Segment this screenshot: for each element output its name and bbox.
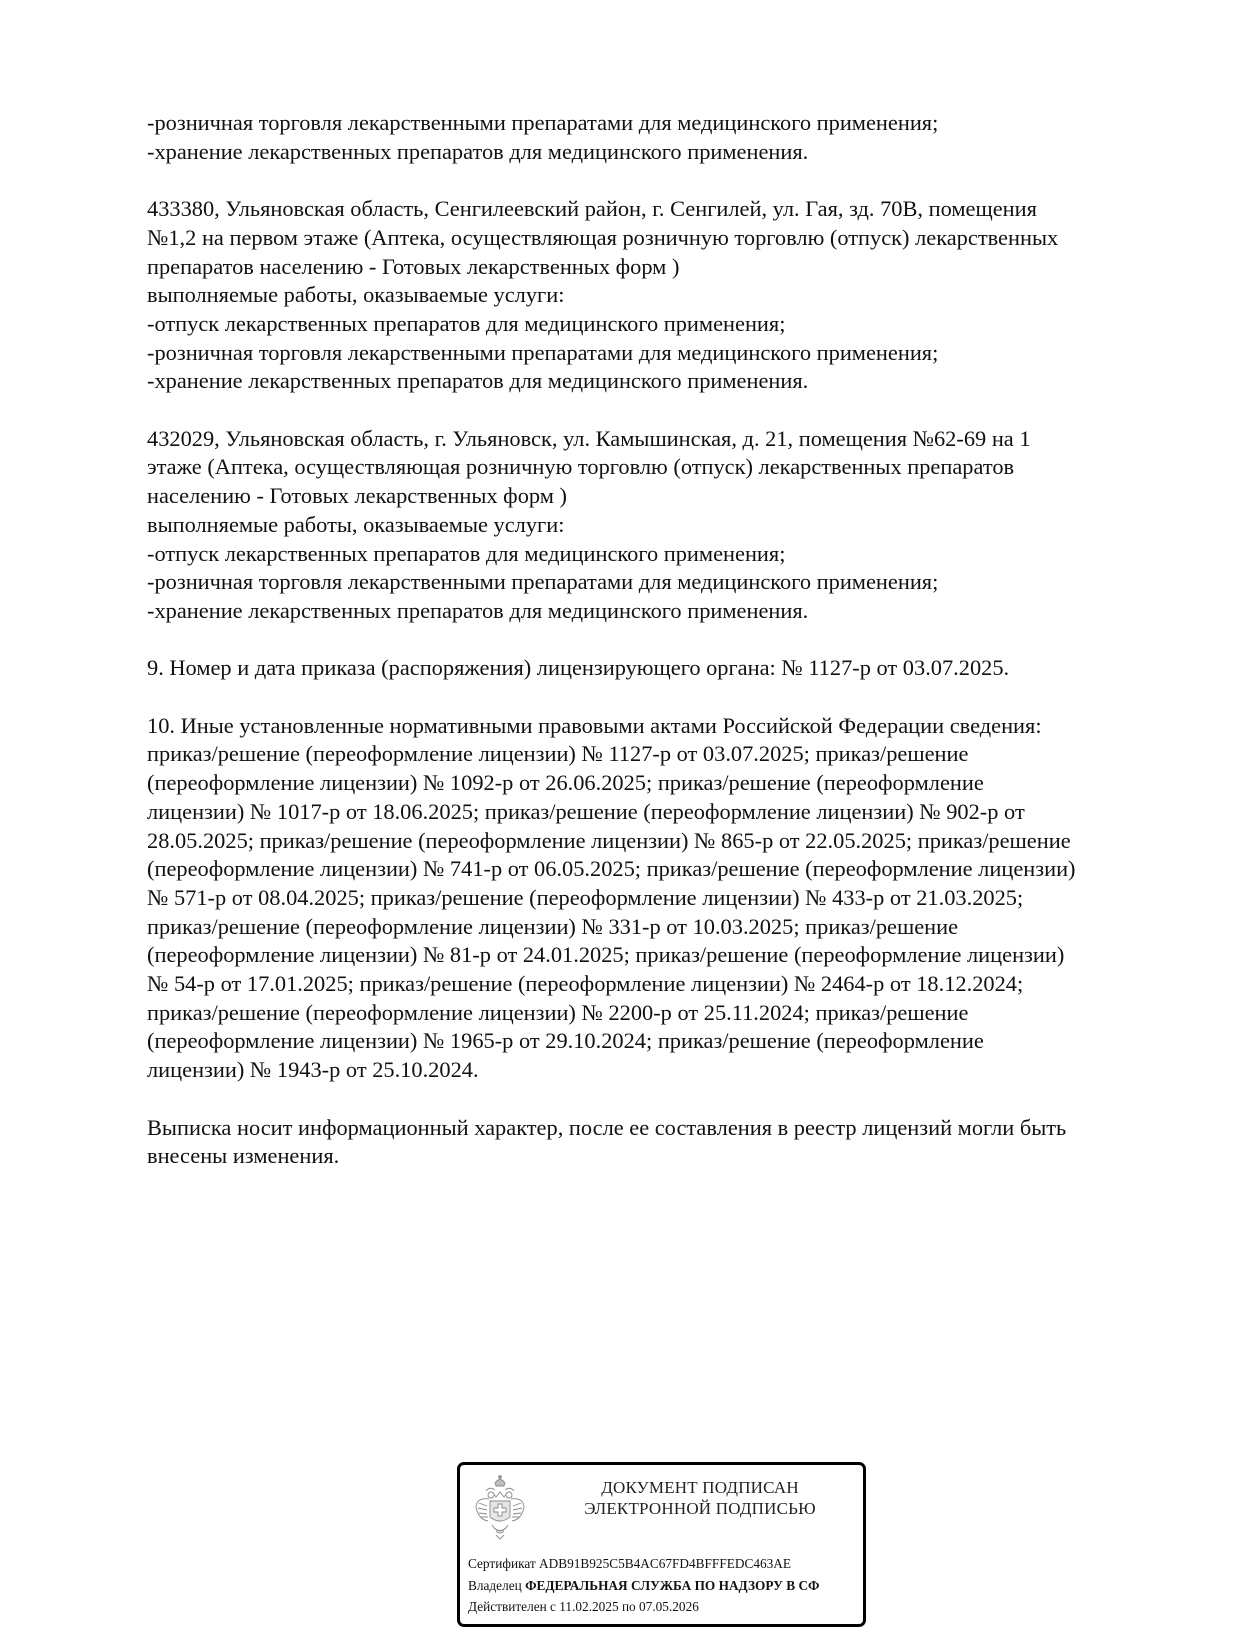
- section-10-line: 10. Иные установленные нормативными прав…: [147, 712, 1147, 741]
- service-item: -хранение лекарственных препаратов для м…: [147, 597, 1147, 626]
- owner-value: ФЕДЕРАЛЬНАЯ СЛУЖБА ПО НАДЗОРУ В СФ: [525, 1578, 819, 1593]
- disclaimer-line: внесены изменения.: [147, 1142, 1147, 1171]
- address-block-ulyanovsk: 432029, Ульяновская область, г. Ульяновс…: [147, 425, 1147, 626]
- service-item: -розничная торговля лекарственными препа…: [147, 568, 1147, 597]
- services-label: выполняемые работы, оказываемые услуги:: [147, 281, 1147, 310]
- electronic-signature-stamp: ДОКУМЕНТ ПОДПИСАН ЭЛЕКТРОННОЙ ПОДПИСЬЮ С…: [457, 1462, 866, 1627]
- section-9-text: 9. Номер и дата приказа (распоряжения) л…: [147, 654, 1147, 683]
- section-10-line: 28.05.2025; приказ/решение (переоформлен…: [147, 827, 1147, 856]
- section-10-line: приказ/решение (переоформление лицензии)…: [147, 999, 1147, 1028]
- document-page: -розничная торговля лекарственными препа…: [147, 109, 1147, 1200]
- certificate-label: Сертификат: [468, 1556, 536, 1571]
- section-10-line: лицензии) № 1017-р от 18.06.2025; приказ…: [147, 798, 1147, 827]
- address-line: №1,2 на первом этаже (Аптека, осуществля…: [147, 224, 1147, 253]
- section-10-other-info: 10. Иные установленные нормативными прав…: [147, 712, 1147, 1085]
- validity-row: Действителен с 11.02.2025 по 07.05.2026: [468, 1596, 819, 1618]
- section-10-line: приказ/решение (переоформление лицензии)…: [147, 740, 1147, 769]
- service-item: -отпуск лекарственных препаратов для мед…: [147, 540, 1147, 569]
- section-10-line: (переоформление лицензии) № 1092-р от 26…: [147, 769, 1147, 798]
- certificate-row: Сертификат ADB91B925C5B4AC67FD4BFFFEDC46…: [468, 1553, 819, 1575]
- validity-text: Действителен с 11.02.2025 по 07.05.2026: [468, 1599, 699, 1614]
- certificate-value: ADB91B925C5B4AC67FD4BFFFEDC463AE: [539, 1556, 791, 1571]
- address-line: 432029, Ульяновская область, г. Ульяновс…: [147, 425, 1147, 454]
- section-9-order-number: 9. Номер и дата приказа (распоряжения) л…: [147, 654, 1147, 683]
- section-10-line: № 571-р от 08.04.2025; приказ/решение (п…: [147, 884, 1147, 913]
- section-10-line: лицензии) № 1943-р от 25.10.2024.: [147, 1056, 1147, 1085]
- section-10-line: (переоформление лицензии) № 741-р от 06.…: [147, 855, 1147, 884]
- disclaimer: Выписка носит информационный характер, п…: [147, 1114, 1147, 1171]
- signature-details: Сертификат ADB91B925C5B4AC67FD4BFFFEDC46…: [468, 1553, 819, 1618]
- signature-title: ДОКУМЕНТ ПОДПИСАН ЭЛЕКТРОННОЙ ПОДПИСЬЮ: [550, 1477, 850, 1519]
- signature-title-line1: ДОКУМЕНТ ПОДПИСАН: [550, 1477, 850, 1498]
- service-item: -розничная торговля лекарственными препа…: [147, 109, 1147, 138]
- services-label: выполняемые работы, оказываемые услуги:: [147, 511, 1147, 540]
- address-block-sengiley: 433380, Ульяновская область, Сенгилеевск…: [147, 195, 1147, 396]
- address-line: населению - Готовых лекарственных форм ): [147, 482, 1147, 511]
- address-line: препаратов населению - Готовых лекарстве…: [147, 253, 1147, 282]
- coat-of-arms-icon: [474, 1473, 526, 1543]
- address-line: этаже (Аптека, осуществляющая розничную …: [147, 453, 1147, 482]
- service-item: -розничная торговля лекарственными препа…: [147, 339, 1147, 368]
- section-10-line: (переоформление лицензии) № 81-р от 24.0…: [147, 941, 1147, 970]
- service-item: -хранение лекарственных препаратов для м…: [147, 367, 1147, 396]
- disclaimer-line: Выписка носит информационный характер, п…: [147, 1114, 1147, 1143]
- owner-label: Владелец: [468, 1578, 522, 1593]
- service-item: -отпуск лекарственных препаратов для мед…: [147, 310, 1147, 339]
- signature-title-line2: ЭЛЕКТРОННОЙ ПОДПИСЬЮ: [550, 1498, 850, 1519]
- section-10-line: приказ/решение (переоформление лицензии)…: [147, 913, 1147, 942]
- service-item: -хранение лекарственных препаратов для м…: [147, 138, 1147, 167]
- services-list-continued: -розничная торговля лекарственными препа…: [147, 109, 1147, 166]
- address-line: 433380, Ульяновская область, Сенгилеевск…: [147, 195, 1147, 224]
- owner-row: Владелец ФЕДЕРАЛЬНАЯ СЛУЖБА ПО НАДЗОРУ В…: [468, 1575, 819, 1597]
- section-10-line: (переоформление лицензии) № 1965-р от 29…: [147, 1027, 1147, 1056]
- section-10-line: № 54-р от 17.01.2025; приказ/решение (пе…: [147, 970, 1147, 999]
